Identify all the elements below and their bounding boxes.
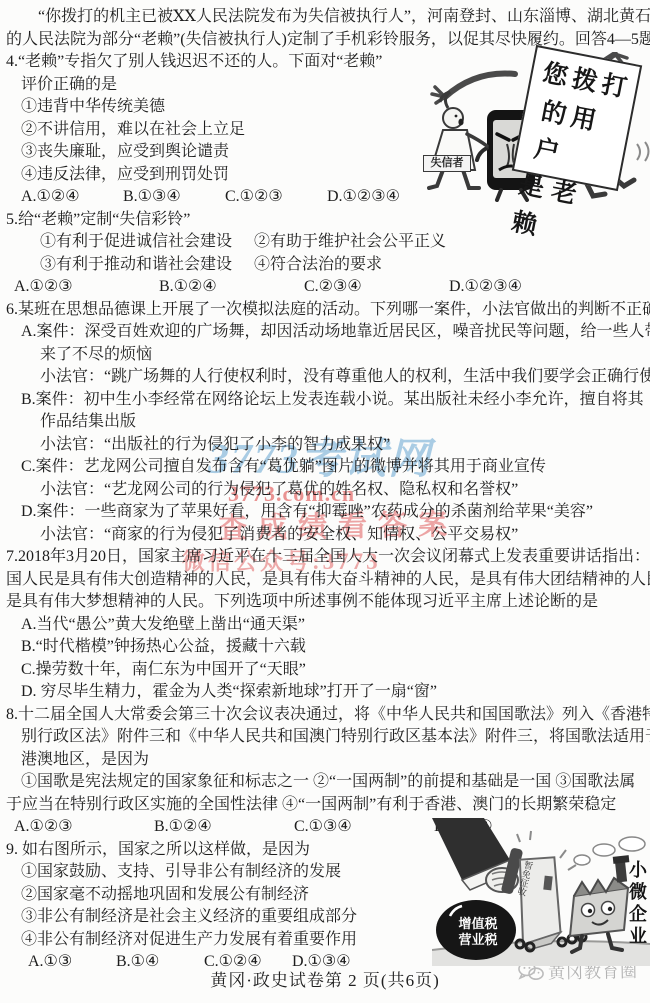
exam-page: 3773考试网 3773.com.cn 查成绩看答案 微信公众号:3773 “你… <box>0 0 650 1003</box>
q7-option-a: A.当代“愚公”黄大发绝壁上凿出“通天渠” <box>6 614 646 637</box>
q8-option-a: A.①②③ <box>14 816 154 839</box>
q8-stem-cont-2: 港澳地区，是因为 <box>6 749 646 772</box>
q6-judge-c: 小法官：“艺龙网公司的行为侵犯了葛优的姓名权、隐私权和名誉权” <box>6 479 646 502</box>
q6-judge-b: 小法官：“出版社的行为侵犯了小李的智力成果权” <box>6 434 646 457</box>
q5-option-d: D.①②③④ <box>449 276 522 299</box>
q5-option-c: C.②③④ <box>304 276 449 299</box>
question-6: 6.某班在思想品德课上开展了一次模拟法庭的活动。下列哪一案件，小法官做出的判断不… <box>6 299 646 547</box>
question-7: 7.2018年3月20日，国家主席习近平在十三届全国人大一次会议闭幕式上发表重要… <box>6 546 646 704</box>
q6-stem: 6.某班在思想品德课上开展了一次模拟法庭的活动。下列哪一案件，小法官做出的判断不… <box>6 299 646 322</box>
q6-case-d: D.案件：一些商家为了苹果好看，用含有“抑霉唑”农药成分的杀菌剂给苹果“美容” <box>6 501 646 524</box>
q6-judge-d: 小法官：“商家的行为侵犯了消费者的安全权、知情权、公平交易权” <box>6 524 646 547</box>
q5-option-a: A.①②③ <box>14 276 159 299</box>
cartoon-laolai-ringtone: 您拨打 的用户 是老赖 失信者 <box>415 52 650 202</box>
q7-stem-cont-1: 国人民是具有伟大创造精神的人民，是具有伟大奋斗精神的人民，是具有伟大团结精神的人… <box>6 569 646 592</box>
q4-option-a: A.①②④ <box>21 186 123 209</box>
tax-ball-line-1: 增值税 <box>444 916 512 932</box>
page-number: 黄冈·政史试卷第 2 页(共6页) <box>0 966 650 991</box>
cartoon-tax-relief: 增值税 营业税 暂免征收 小微企业 <box>432 818 650 966</box>
q6-case-c: C.案件：艺龙网公司擅自发布含有“葛优躺”图片的微博并将其用于商业宣传 <box>6 456 646 479</box>
q6-judge-a: 小法官：“跳广场舞的人行使权利时，没有尊重他人的权利，生活中我们要学会正确行使权… <box>6 366 646 389</box>
q5-items-row-2: ③有利于推动和谐社会建设 ④符合法治的要求 <box>6 254 646 277</box>
q7-option-b: B.“时代楷模”钟扬热心公益，援藏十六载 <box>6 636 646 659</box>
intro-line-1: “你拨打的机主已被ⅩⅩ人民法院发布为失信被执行人”，河南登封、山东淄博、湖北黄石… <box>6 6 646 29</box>
q8-stem-cont-1: 别行政区法》附件三和《中华人民共和国澳门特别行政区基本法》附件三，将国歌法适用于 <box>6 726 646 749</box>
small-business-label: 小微企业 <box>624 860 650 960</box>
q7-stem-cont-2: 是具有伟大梦想精神的人民。下列选项中所述事例不能体现习近平主席上述论断的是 <box>6 591 646 614</box>
q4-option-b: B.①③④ <box>123 186 225 209</box>
q6-case-a: A.案件：深受百姓欢迎的广场舞，却因活动场地靠近居民区，噪音扰民等问题，给一些人… <box>6 321 646 344</box>
dishonest-person-label: 失信者 <box>423 155 471 172</box>
q5-item-2: ②有助于维护社会公平正义 <box>254 231 446 254</box>
q6-case-b-cont: 作品结集出版 <box>6 411 646 434</box>
tax-ball-label: 增值税 营业税 <box>444 916 512 948</box>
q5-option-b: B.①②④ <box>159 276 304 299</box>
q4-option-c: C.①②③ <box>225 186 327 209</box>
q5-item-4: ④符合法治的要求 <box>254 254 382 277</box>
q6-case-a-cont: 来了不尽的烦恼 <box>6 344 646 367</box>
q4-option-d: D.①②③④ <box>327 186 400 209</box>
q8-stem: 8.十二届全国人大常委会第三十次会议表决通过，将《中华人民共和国国歌法》列入《香… <box>6 704 646 727</box>
q6-case-b: B.案件：初中生小李经常在网络论坛上发表连载小说。某出版社未经小李允许，擅自将其 <box>6 389 646 412</box>
tax-ball-line-2: 营业税 <box>444 932 512 948</box>
q8-items-row-1: ①国歌是宪法规定的国家象征和标志之一 ②“一国两制”的前提和基础是一国 ③国歌法… <box>6 771 646 794</box>
q8-option-c: C.①③④ <box>294 816 434 839</box>
q7-option-c: C.操劳数十年，南仁东为中国开了“天眼” <box>6 659 646 682</box>
q8-option-b: B.①②④ <box>154 816 294 839</box>
q8-items-row-2: 于应当在特别行政区实施的全国性法律 ④“一国两制”有利于香港、澳门的长期繁荣稳定 <box>6 794 646 817</box>
q7-stem: 7.2018年3月20日，国家主席习近平在十三届全国人大一次会议闭幕式上发表重要… <box>6 546 646 569</box>
q5-options: A.①②③ B.①②④ C.②③④ D.①②③④ <box>6 276 646 299</box>
q5-item-1: ①有利于促进诚信社会建设 <box>40 231 254 254</box>
q7-option-d: D. 穷尽毕生精力，霍金为人类“探索新地球”打开了一扇“窗” <box>6 681 646 704</box>
q5-item-3: ③有利于推动和谐社会建设 <box>40 254 254 277</box>
